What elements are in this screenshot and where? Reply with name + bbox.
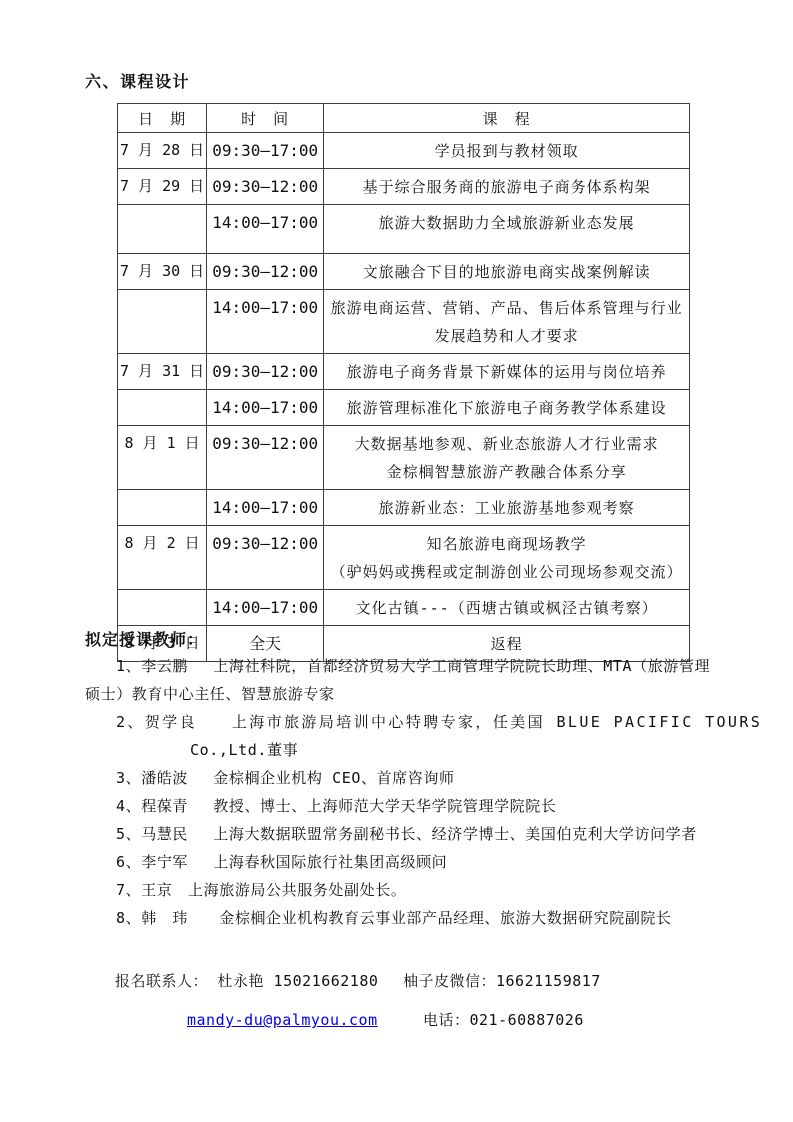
section-title: 六、课程设计 bbox=[85, 69, 190, 92]
date-cell bbox=[118, 290, 207, 354]
instructors-title: 拟定授课教师： bbox=[85, 627, 204, 650]
course-line: 知名旅游电商现场教学 bbox=[326, 530, 687, 558]
time-cell: 09:30—12:00 bbox=[207, 526, 324, 590]
time-cell: 09:30—12:00 bbox=[207, 354, 324, 390]
schedule-row: 14:00—17:00旅游新业态：工业旅游基地参观考察 bbox=[118, 490, 690, 526]
time-cell: 14:00—17:00 bbox=[207, 205, 324, 254]
time-cell: 09:30—12:00 bbox=[207, 169, 324, 205]
instructor-entry: 4、程葆青 教授、博士、上海师范大学天华学院管理学院院长 bbox=[85, 792, 745, 820]
course-line: 发展趋势和人才要求 bbox=[326, 322, 687, 350]
instructor-line: 4、程葆青 教授、博士、上海师范大学天华学院管理学院院长 bbox=[85, 792, 745, 820]
time-cell: 09:30—17:00 bbox=[207, 133, 324, 169]
course-line: 文化古镇---（西塘古镇或枫泾古镇考察） bbox=[326, 594, 687, 622]
instructor-line: 1、李云鹏 上海社科院，首都经济贸易大学工商管理学院院长助理、MTA（旅游管理 bbox=[85, 652, 745, 680]
date-cell: 8 月 2 日 bbox=[118, 526, 207, 590]
schedule-row: 14:00—17:00旅游电商运营、营销、产品、售后体系管理与行业发展趋势和人才… bbox=[118, 290, 690, 354]
time-cell: 14:00—17:00 bbox=[207, 290, 324, 354]
header-row: 日 期时 间课 程 bbox=[118, 104, 690, 133]
course-line: （驴妈妈或携程或定制游创业公司现场参观交流） bbox=[326, 558, 687, 586]
contact-email-link[interactable]: mandy-du@palmyou.com bbox=[187, 1011, 378, 1029]
date-cell bbox=[118, 390, 207, 426]
date-cell bbox=[118, 590, 207, 626]
time-cell: 09:30—12:00 bbox=[207, 254, 324, 290]
course-line: 旅游新业态：工业旅游基地参观考察 bbox=[326, 494, 687, 522]
course-cell: 学员报到与教材领取 bbox=[324, 133, 690, 169]
course-line: 旅游管理标准化下旅游电子商务教学体系建设 bbox=[326, 394, 687, 422]
course-cell: 旅游管理标准化下旅游电子商务教学体系建设 bbox=[324, 390, 690, 426]
schedule-table-head: 日 期时 间课 程 bbox=[118, 104, 690, 133]
time-cell: 14:00—17:00 bbox=[207, 490, 324, 526]
instructor-line: Co.,Ltd.董事 bbox=[85, 736, 745, 764]
date-cell bbox=[118, 205, 207, 254]
course-line: 旅游大数据助力全域旅游新业态发展 bbox=[326, 209, 687, 237]
date-cell: 7 月 30 日 bbox=[118, 254, 207, 290]
schedule-table: 日 期时 间课 程 7 月 28 日09:30—17:00学员报到与教材领取7 … bbox=[117, 103, 690, 662]
column-header: 时 间 bbox=[207, 104, 324, 133]
contact-phone: 电话：021-60887026 bbox=[423, 1008, 584, 1032]
schedule-row: 7 月 31 日09:30—12:00旅游电子商务背景下新媒体的运用与岗位培养 bbox=[118, 354, 690, 390]
course-cell: 旅游新业态：工业旅游基地参观考察 bbox=[324, 490, 690, 526]
course-cell: 旅游大数据助力全域旅游新业态发展 bbox=[324, 205, 690, 254]
schedule-row: 7 月 30 日09:30—12:00文旅融合下目的地旅游电商实战案例解读 bbox=[118, 254, 690, 290]
contact-person: 报名联系人： 杜永艳 15021662180 bbox=[115, 969, 378, 993]
instructor-line: 7、王京 上海旅游局公共服务处副处长。 bbox=[85, 876, 745, 904]
course-line: 金棕榈智慧旅游产教融合体系分享 bbox=[326, 458, 687, 486]
time-cell: 14:00—17:00 bbox=[207, 590, 324, 626]
instructor-line: 5、马慧民 上海大数据联盟常务副秘书长、经济学博士、美国伯克利大学访问学者 bbox=[85, 820, 745, 848]
column-header: 课 程 bbox=[324, 104, 690, 133]
course-cell: 文旅融合下目的地旅游电商实战案例解读 bbox=[324, 254, 690, 290]
instructor-entry: 7、王京 上海旅游局公共服务处副处长。 bbox=[85, 876, 745, 904]
schedule-table-body: 7 月 28 日09:30—17:00学员报到与教材领取7 月 29 日09:3… bbox=[118, 133, 690, 662]
instructor-entry: 5、马慧民 上海大数据联盟常务副秘书长、经济学博士、美国伯克利大学访问学者 bbox=[85, 820, 745, 848]
schedule-row: 14:00—17:00文化古镇---（西塘古镇或枫泾古镇考察） bbox=[118, 590, 690, 626]
course-cell: 旅游电子商务背景下新媒体的运用与岗位培养 bbox=[324, 354, 690, 390]
instructor-entry: 6、李宁军 上海春秋国际旅行社集团高级顾问 bbox=[85, 848, 745, 876]
schedule-row: 7 月 28 日09:30—17:00学员报到与教材领取 bbox=[118, 133, 690, 169]
course-line: 文旅融合下目的地旅游电商实战案例解读 bbox=[326, 258, 687, 286]
time-cell: 14:00—17:00 bbox=[207, 390, 324, 426]
document-page: 六、课程设计 日 期时 间课 程 7 月 28 日09:30—17:00学员报到… bbox=[0, 0, 793, 1122]
time-cell: 09:30—12:00 bbox=[207, 426, 324, 490]
date-cell: 8 月 1 日 bbox=[118, 426, 207, 490]
contact-wechat: 柚子皮微信：16621159817 bbox=[403, 969, 601, 993]
course-line: 学员报到与教材领取 bbox=[326, 137, 687, 165]
course-cell: 知名旅游电商现场教学（驴妈妈或携程或定制游创业公司现场参观交流） bbox=[324, 526, 690, 590]
course-line: 旅游电子商务背景下新媒体的运用与岗位培养 bbox=[326, 358, 687, 386]
instructor-line: 8、韩 玮 金棕榈企业机构教育云事业部产品经理、旅游大数据研究院副院长 bbox=[85, 904, 745, 932]
date-cell: 7 月 29 日 bbox=[118, 169, 207, 205]
date-cell: 7 月 28 日 bbox=[118, 133, 207, 169]
instructor-line: 6、李宁军 上海春秋国际旅行社集团高级顾问 bbox=[85, 848, 745, 876]
instructor-line: 3、潘皓波 金棕榈企业机构 CEO、首席咨询师 bbox=[85, 764, 745, 792]
course-cell: 旅游电商运营、营销、产品、售后体系管理与行业发展趋势和人才要求 bbox=[324, 290, 690, 354]
schedule-row: 8 月 2 日09:30—12:00知名旅游电商现场教学（驴妈妈或携程或定制游创… bbox=[118, 526, 690, 590]
instructor-entry: 8、韩 玮 金棕榈企业机构教育云事业部产品经理、旅游大数据研究院副院长 bbox=[85, 904, 745, 932]
instructor-line: 2、贺学良 上海市旅游局培训中心特聘专家，任美国 BLUE PACIFIC TO… bbox=[85, 708, 745, 736]
date-cell: 7 月 31 日 bbox=[118, 354, 207, 390]
schedule-row: 14:00—17:00旅游管理标准化下旅游电子商务教学体系建设 bbox=[118, 390, 690, 426]
date-cell bbox=[118, 490, 207, 526]
instructor-entry: 1、李云鹏 上海社科院，首都经济贸易大学工商管理学院院长助理、MTA（旅游管理硕… bbox=[85, 652, 745, 708]
instructor-list: 1、李云鹏 上海社科院，首都经济贸易大学工商管理学院院长助理、MTA（旅游管理硕… bbox=[85, 652, 745, 932]
column-header: 日 期 bbox=[118, 104, 207, 133]
course-line: 大数据基地参观、新业态旅游人才行业需求 bbox=[326, 430, 687, 458]
instructor-entry: 2、贺学良 上海市旅游局培训中心特聘专家，任美国 BLUE PACIFIC TO… bbox=[85, 708, 745, 764]
schedule-row: 7 月 29 日09:30—12:00基于综合服务商的旅游电子商务体系构架 bbox=[118, 169, 690, 205]
course-cell: 基于综合服务商的旅游电子商务体系构架 bbox=[324, 169, 690, 205]
schedule-row: 8 月 1 日09:30—12:00大数据基地参观、新业态旅游人才行业需求金棕榈… bbox=[118, 426, 690, 490]
instructor-line: 硕士）教育中心主任、智慧旅游专家 bbox=[85, 680, 745, 708]
course-cell: 大数据基地参观、新业态旅游人才行业需求金棕榈智慧旅游产教融合体系分享 bbox=[324, 426, 690, 490]
course-cell: 文化古镇---（西塘古镇或枫泾古镇考察） bbox=[324, 590, 690, 626]
schedule-row: 14:00—17:00旅游大数据助力全域旅游新业态发展 bbox=[118, 205, 690, 254]
instructor-entry: 3、潘皓波 金棕榈企业机构 CEO、首席咨询师 bbox=[85, 764, 745, 792]
course-line: 旅游电商运营、营销、产品、售后体系管理与行业 bbox=[326, 294, 687, 322]
course-line: 基于综合服务商的旅游电子商务体系构架 bbox=[326, 173, 687, 201]
